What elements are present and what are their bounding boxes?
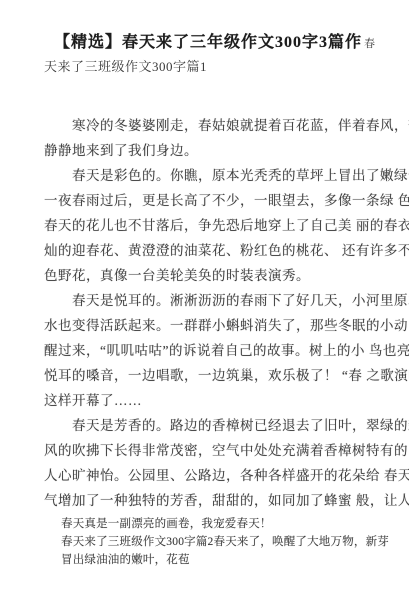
page-content: 【精选】春天来了三年级作文300字3篇作春 天来了三班级作文300字篇1 寒冷的… xyxy=(0,0,409,569)
essay-title-block: 【精选】春天来了三年级作文300字3篇作春 天来了三班级作文300字篇1 xyxy=(44,30,387,77)
closing-line: 春天真是一副漂亮的画卷，我宠爱春天！ xyxy=(61,515,387,533)
text-line: 春天是芳香的。路边的香樟树已经退去了旧叶，翠绿的新叶 在春 xyxy=(44,413,387,438)
page-title: 【精选】春天来了三年级作文300字3篇作 xyxy=(54,34,362,51)
text-line: 静静地来到了我们身边。 xyxy=(44,138,387,163)
text-line: 灿的迎春花、黄澄澄的油菜花、粉红色的桃花、 还有许多不知名的彩 xyxy=(44,238,387,263)
text-line: 人心旷神怡。公园里、公路边，各种各样盛开的花朵给 春天潮湿的空 xyxy=(44,463,387,488)
text-line: 春天的花儿也不甘落后，争先恐后地穿上了自己美 丽的春衣，有金灿 xyxy=(44,213,387,238)
part2-continuation-line: 冒出绿油油的嫩叶，花苞 xyxy=(61,551,387,569)
text-line: 春天是彩色的。你瞧，原本光秃秃的草坪上冒出了嫩绿色的 新芽， xyxy=(44,163,387,188)
title-line-1: 【精选】春天来了三年级作文300字3篇作春 xyxy=(54,30,387,57)
text-line: 醒过来，“叽叽咕咕”的诉说着自己的故事。树上的小 鸟也亮出自己 xyxy=(44,338,387,363)
document-page: 【精选】春天来了三年级作文300字3篇作春 天来了三班级作文300字篇1 寒冷的… xyxy=(0,0,409,600)
text-line: 寒冷的冬婆婆刚走，春姑娘就提着百花蓝，伴着春风，带着 春雨， xyxy=(44,113,387,138)
title-line-2: 天来了三班级作文300字篇1 xyxy=(44,57,387,77)
closing-and-part2-block: 春天真是一副漂亮的画卷，我宠爱春天！ 春天来了三班级作文300字篇2春天来了，唤… xyxy=(61,515,387,569)
text-line: 风的吹拂下长得非常茂密，空气中处处充满着香樟树特有的 气味，让 xyxy=(44,438,387,463)
text-line: 色野花，真像一台美轮美奂的时装表演秀。 xyxy=(44,263,387,288)
title-suffix-char: 春 xyxy=(364,38,375,50)
text-line: 这样开幕了…… xyxy=(44,388,387,413)
paragraph-3: 春天是悦耳的。淅淅沥沥的春雨下了好几天，小河里原本安 静的 水也变得活跃起来。一… xyxy=(44,288,387,413)
text-line: 悦耳的嗓音，一边唱歌，一边筑巢，欢乐极了！ “春 之歌演唱会”就 xyxy=(44,363,387,388)
text-line: 一夜春雨过后，更是长高了不少，一眼望去，多像一条绿 色的地毯呀！ xyxy=(44,188,387,213)
text-line: 水也变得活跃起来。一群群小蝌蚪消失了，那些冬眠的小动 物也都清 xyxy=(44,313,387,338)
part2-intro-line: 春天来了三班级作文300字篇2春天来了，唤醒了大地万物，新芽 xyxy=(61,533,387,551)
paragraph-4: 春天是芳香的。路边的香樟树已经退去了旧叶，翠绿的新叶 在春 风的吹拂下长得非常茂… xyxy=(44,413,387,513)
paragraph-2: 春天是彩色的。你瞧，原本光秃秃的草坪上冒出了嫩绿色的 新芽， 一夜春雨过后，更是… xyxy=(44,163,387,288)
text-line: 气增加了一种独特的芳香，甜甜的，如同加了蜂蜜 般，让人回味无穷。 xyxy=(44,488,387,513)
paragraph-1: 寒冷的冬婆婆刚走，春姑娘就提着百花蓝，伴着春风，带着 春雨， 静静地来到了我们身… xyxy=(44,113,387,163)
text-line: 春天是悦耳的。淅淅沥沥的春雨下了好几天，小河里原本安 静的 xyxy=(44,288,387,313)
